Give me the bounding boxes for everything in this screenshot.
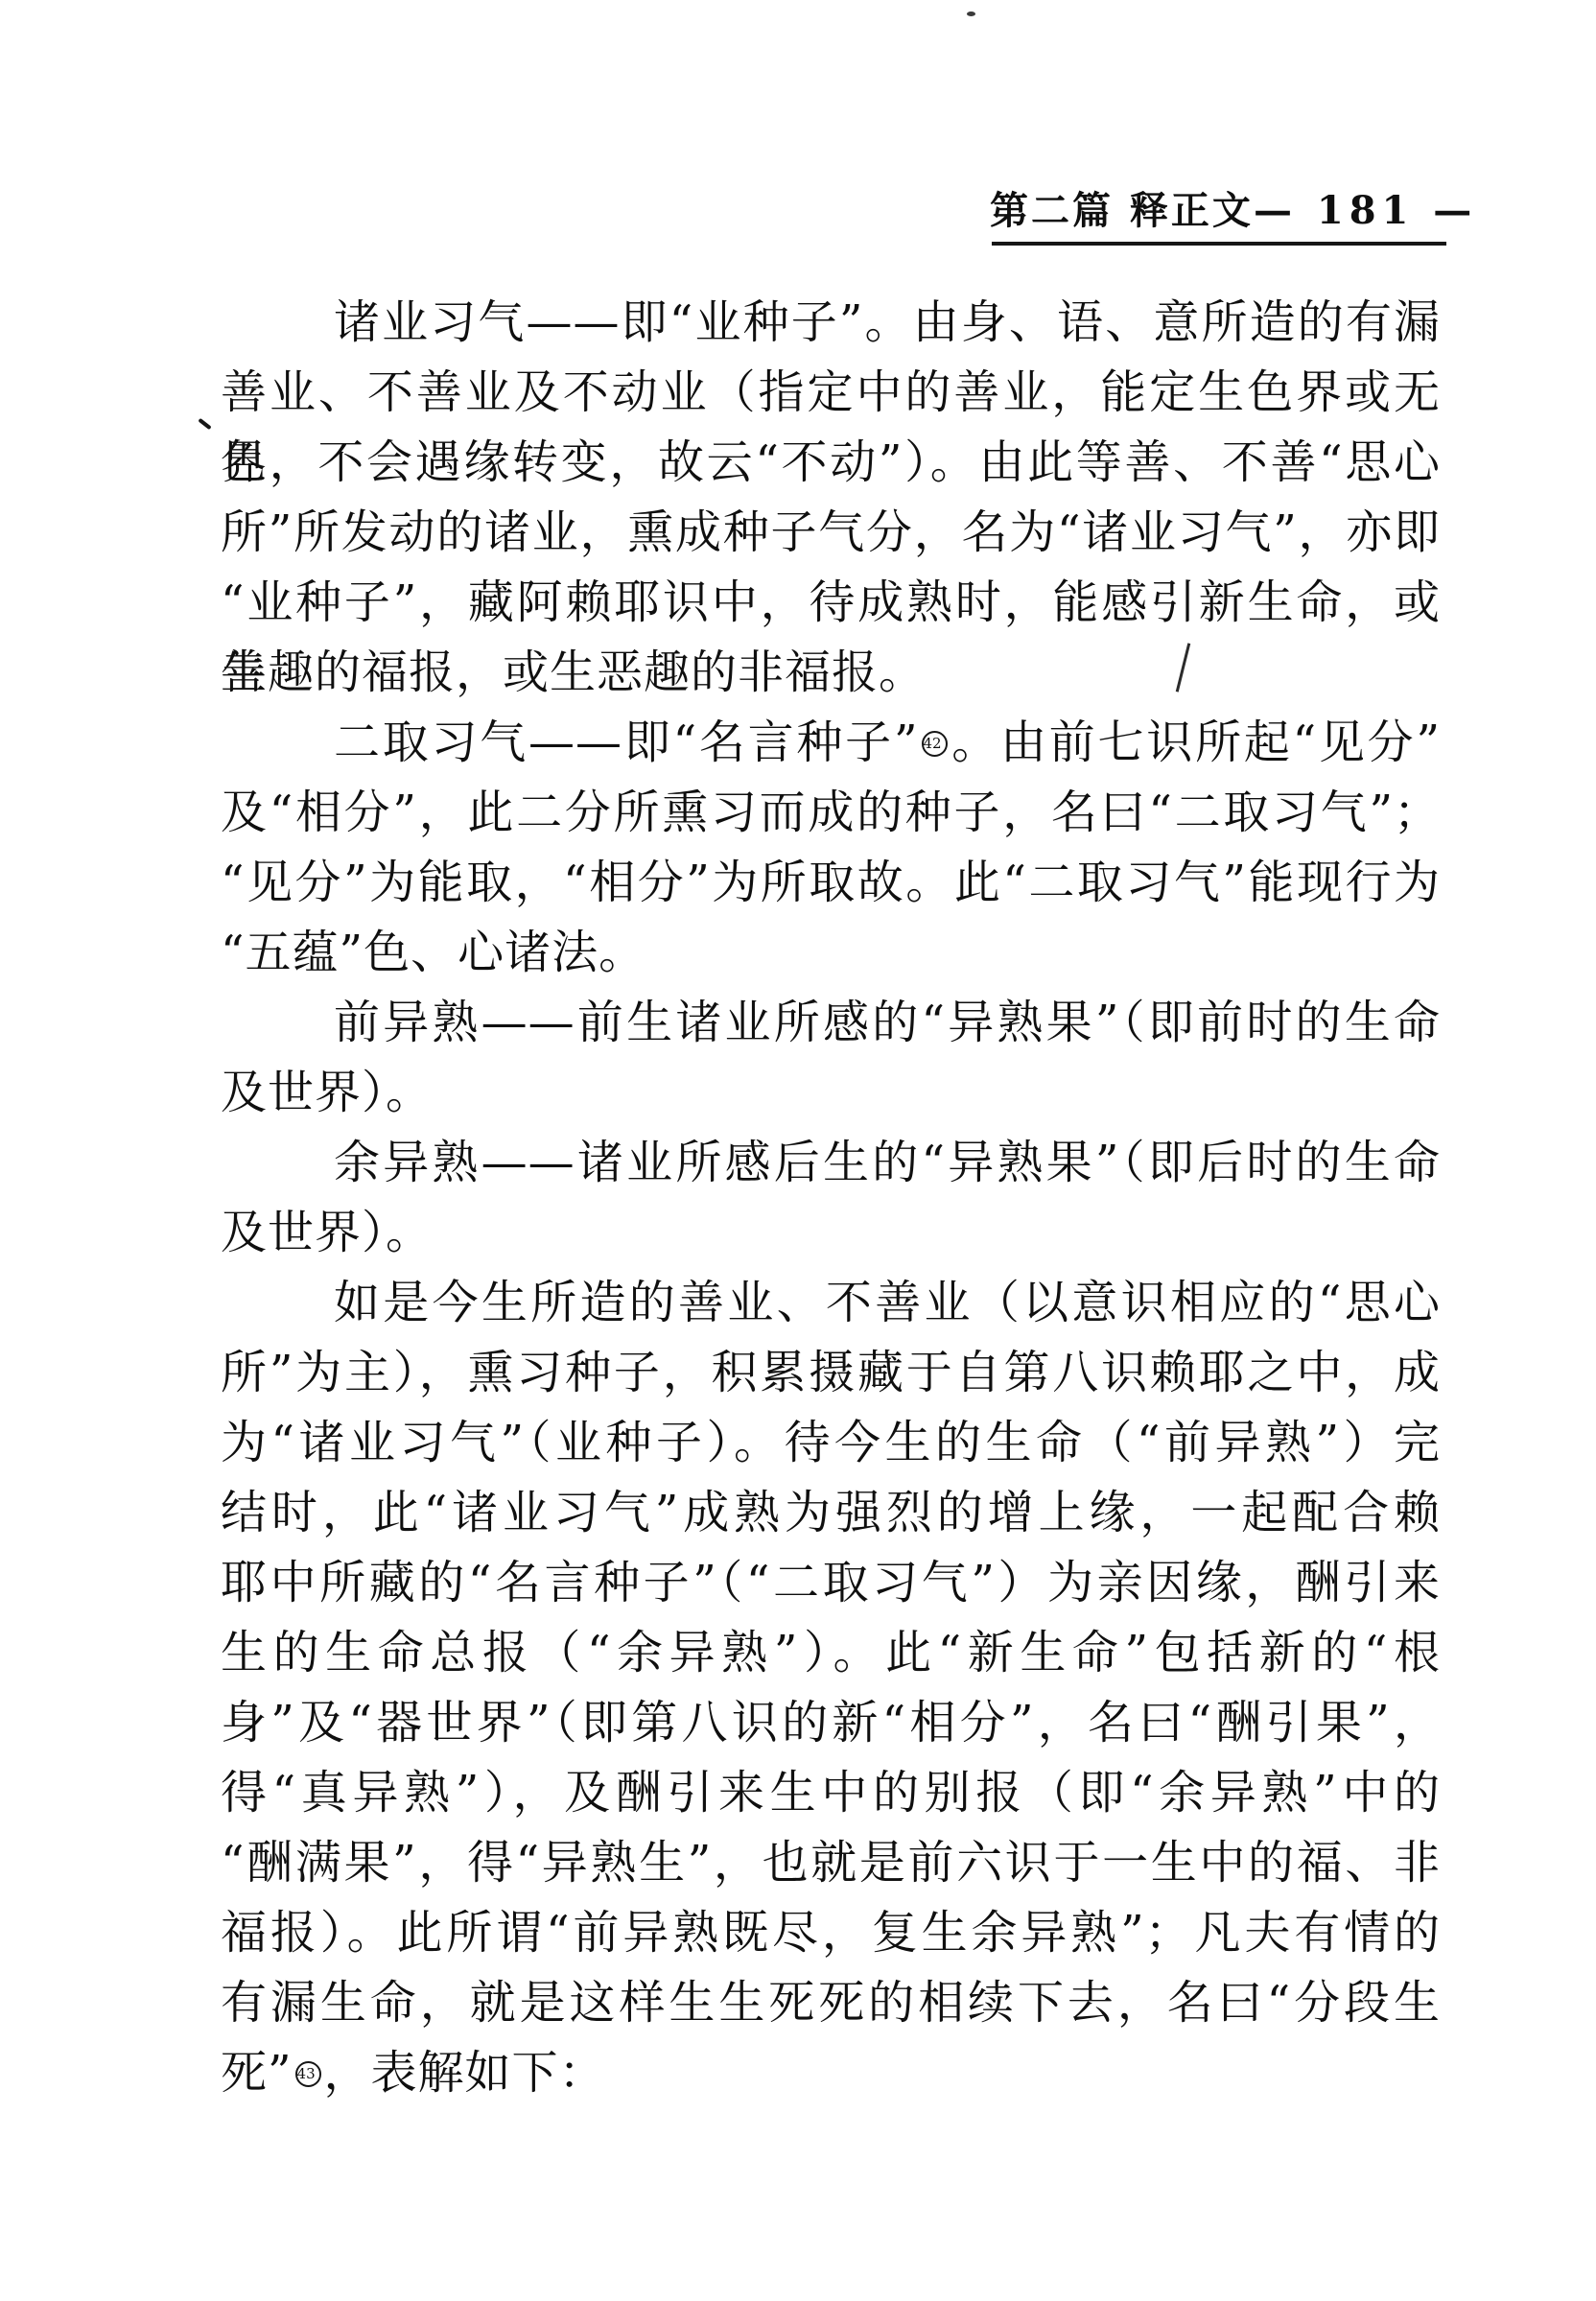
text-segment: 死” xyxy=(221,2046,293,2100)
running-header: 第二篇 释正文 — 181 — xyxy=(990,180,1448,235)
text-line: “见分”为能取，“相分”为所取故。此“二取习气”能现行为 xyxy=(221,848,1441,918)
text-line: 诸业习气——即“业种子”。由身、语、意所造的有漏 xyxy=(221,288,1441,358)
text-segment: 。由前七识所起“见分” xyxy=(951,716,1442,769)
text-line: “酬满果”，得“异熟生”，也就是前六识于一生中的福、非 xyxy=(221,1828,1441,1898)
text-line: “五蕴”色、心诸法。 xyxy=(221,918,1441,988)
text-line: 所”为主），熏习种子，积累摄藏于自第八识赖耶之中，成 xyxy=(221,1338,1441,1408)
text-line: 生的生命总报（“余异熟”）。此“新生命”包括新的“根 xyxy=(221,1618,1441,1688)
text-line: 善业、不善业及不动业（指定中的善业，能定生色界或无色 xyxy=(221,358,1441,428)
margin-tick-mark xyxy=(198,418,211,430)
text-line: 及世界）。 xyxy=(221,1058,1441,1128)
footnote-ref-42: 42 xyxy=(922,731,948,757)
book-page-scan: 第二篇 释正文 — 181 — 诸业习气——即“业种子”。由身、语、意所造的有漏… xyxy=(0,0,1596,2301)
text-line: 及世界）。 xyxy=(221,1198,1441,1268)
text-segment: ，表解如下： xyxy=(324,2046,606,2100)
text-line: 二取习气——即“名言种子”42。由前七识所起“见分” xyxy=(221,708,1441,778)
text-line: 死”43，表解如下： xyxy=(221,2038,1441,2108)
header-section-title: 第二篇 释正文 xyxy=(990,180,1254,235)
text-line: 得“真异熟”），及酬引来生中的别报（即“余异熟”中的 xyxy=(221,1758,1441,1828)
ink-speck xyxy=(967,12,975,16)
text-line: 结时，此“诸业习气”成熟为强烈的增上缘，一起配合赖 xyxy=(221,1478,1441,1548)
text-line: 身”及“器世界”（即第八识的新“相分”，名曰“酬引果”， xyxy=(221,1688,1441,1758)
footnote-ref-43: 43 xyxy=(295,2061,321,2087)
text-line: 如是今生所造的善业、不善业（以意识相应的“思心 xyxy=(221,1268,1441,1338)
text-line: 善趣的福报，或生恶趣的非福报。 xyxy=(221,638,1441,708)
text-line: 耶中所藏的“名言种子”（“二取习气”）为亲因缘，酬引来 xyxy=(221,1548,1441,1618)
text-line: 及“相分”，此二分所熏习而成的种子，名曰“二取习气”； xyxy=(221,778,1441,848)
header-page-number: — 181 — xyxy=(1254,188,1477,233)
text-line: “业种子”，藏阿赖耶识中，待成熟时，能感引新生命，或生 xyxy=(221,568,1441,638)
text-line: 界，不会遇缘转变，故云“不动”）。由此等善、不善“思心 xyxy=(221,428,1441,498)
page-body-text: 诸业习气——即“业种子”。由身、语、意所造的有漏 善业、不善业及不动业（指定中的… xyxy=(221,288,1441,2108)
text-line: 福报）。此所谓“前异熟既尽，复生余异熟”；凡夫有情的 xyxy=(221,1898,1441,1968)
text-line: 有漏生命，就是这样生生死死的相续下去，名曰“分段生 xyxy=(221,1968,1441,2038)
text-line: 余异熟——诸业所感后生的“异熟果”（即后时的生命 xyxy=(221,1128,1441,1198)
text-segment: 二取习气——即“名言种子” xyxy=(334,716,919,769)
text-line: 为“诸业习气”（业种子）。待今生的生命（“前异熟”）完 xyxy=(221,1408,1441,1478)
text-line: 所”所发动的诸业，熏成种子气分，名为“诸业习气”，亦即 xyxy=(221,498,1441,568)
text-line: 前异熟——前生诸业所感的“异熟果”（即前时的生命 xyxy=(221,988,1441,1058)
header-rule xyxy=(992,242,1446,246)
